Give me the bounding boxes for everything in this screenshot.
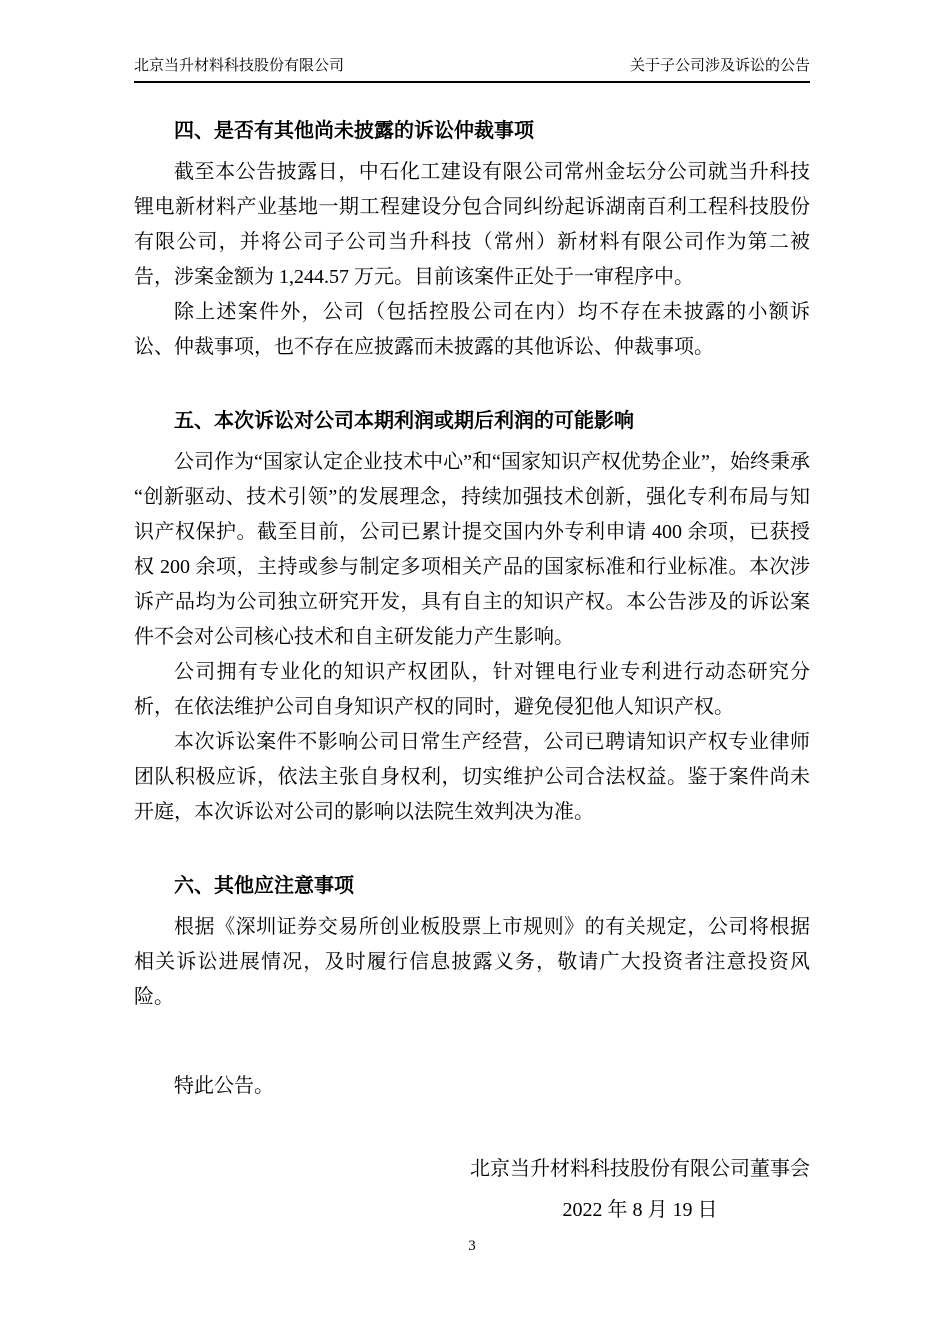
section-5-paragraph: 公司拥有专业化的知识产权团队，针对锂电行业专利进行动态研究分析，在依法维护公司自… bbox=[134, 655, 810, 725]
section-6-heading: 六、其他应注意事项 bbox=[134, 872, 810, 900]
section-4-heading: 四、是否有其他尚未披露的诉讼仲裁事项 bbox=[134, 117, 810, 145]
signature-date: 2022 年 8 月 19 日 bbox=[470, 1193, 810, 1228]
document-page: 北京当升材料科技股份有限公司 关于子公司涉及诉讼的公告 四、是否有其他尚未披露的… bbox=[0, 0, 944, 1228]
section-5: 五、本次诉讼对公司本期利润或期后利润的可能影响 公司作为“国家认定企业技术中心”… bbox=[134, 407, 810, 830]
signature-block: 北京当升材料科技股份有限公司董事会 2022 年 8 月 19 日 bbox=[470, 1152, 810, 1228]
header-company-name: 北京当升材料科技股份有限公司 bbox=[134, 56, 344, 76]
signature-company: 北京当升材料科技股份有限公司董事会 bbox=[470, 1152, 810, 1187]
section-5-heading: 五、本次诉讼对公司本期利润或期后利润的可能影响 bbox=[134, 407, 810, 435]
section-5-paragraph: 公司作为“国家认定企业技术中心”和“国家知识产权优势企业”，始终秉承“创新驱动、… bbox=[134, 445, 810, 655]
section-4-paragraph: 除上述案件外，公司（包括控股公司在内）均不存在未披露的小额诉讼、仲裁事项，也不存… bbox=[134, 295, 810, 365]
document-body: 四、是否有其他尚未披露的诉讼仲裁事项 截至本公告披露日，中石化工建设有限公司常州… bbox=[134, 117, 810, 1228]
header-document-title: 关于子公司涉及诉讼的公告 bbox=[630, 56, 810, 76]
section-6: 六、其他应注意事项 根据《深圳证券交易所创业板股票上市规则》的有关规定，公司将根… bbox=[134, 872, 810, 1015]
section-5-paragraph: 本次诉讼案件不影响公司日常生产经营，公司已聘请知识产权专业律师团队积极应诉，依法… bbox=[134, 725, 810, 830]
closing-statement: 特此公告。 bbox=[134, 1069, 810, 1104]
document-header: 北京当升材料科技股份有限公司 关于子公司涉及诉讼的公告 bbox=[134, 56, 810, 83]
page-number: 3 bbox=[0, 1236, 944, 1256]
section-6-paragraph: 根据《深圳证券交易所创业板股票上市规则》的有关规定，公司将根据相关诉讼进展情况，… bbox=[134, 910, 810, 1015]
section-4-paragraph: 截至本公告披露日，中石化工建设有限公司常州金坛分公司就当升科技锂电新材料产业基地… bbox=[134, 155, 810, 295]
section-4: 四、是否有其他尚未披露的诉讼仲裁事项 截至本公告披露日，中石化工建设有限公司常州… bbox=[134, 117, 810, 365]
